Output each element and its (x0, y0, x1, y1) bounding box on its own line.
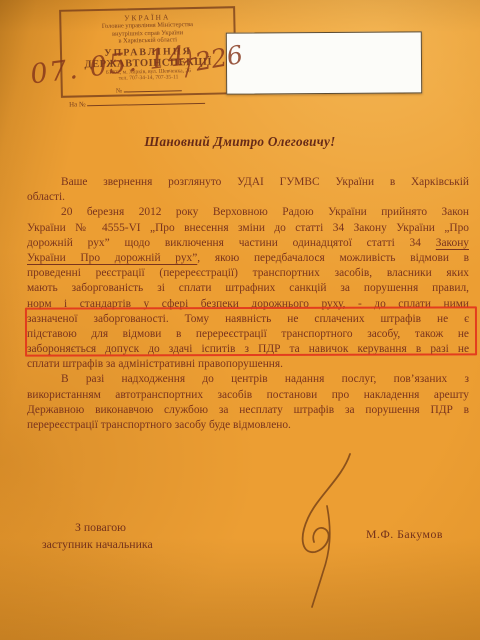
body-line: зазначеної заборгованості. Тому наявніст… (27, 312, 469, 327)
body-line: 20 березня 2012 року Верховною Радою Укр… (27, 205, 469, 220)
signature (292, 450, 362, 610)
body-line: підставою для відмови в перереєстрації т… (27, 327, 469, 342)
stamp-number-label: № (116, 87, 122, 94)
letter-photo: УКРАЇНА Головне управління Міністерства … (0, 0, 480, 640)
closing-regards: З повагою (42, 519, 153, 536)
stamp-reply-label: На № (69, 100, 86, 108)
body-line: Державною виконавчою службою за несплату… (27, 403, 469, 418)
body-line: Ваше звернення розглянуто УДАІ ГУМВС Укр… (27, 175, 469, 190)
signer-name: М.Ф. Бакумов (366, 527, 443, 542)
body-line: сплати штрафів за адміністративні правоп… (27, 357, 469, 372)
redaction-box (226, 31, 422, 94)
body-line: В разі надходження до центрів надання по… (27, 372, 469, 387)
stamp-reply-row: На № (63, 97, 235, 109)
stamp-number-blank-line (124, 85, 182, 92)
body-line: дорожній рух” щодо виключення частини од… (27, 236, 469, 251)
body-line: забороняється допуск до здачі іспитів з … (27, 342, 469, 357)
body-line: України № 4555-VI „Про внесення зміни до… (27, 221, 469, 236)
stamp-number-row: № (63, 84, 235, 96)
body-line: проведенні реєстрації (перереєстрації) т… (27, 266, 469, 281)
closing-position: заступник начальника (42, 536, 153, 553)
body-line: норм і стандартів у сфері безпеки дорожн… (27, 297, 469, 312)
salutation: Шановний Дмитро Олеговичу! (0, 134, 480, 150)
letter-body: Ваше звернення розглянуто УДАІ ГУМВС Укр… (27, 175, 469, 433)
stamp-reply-blank-line (87, 97, 205, 105)
closing-block: З повагою заступник начальника (42, 519, 153, 553)
body-line: мають заборгованість зі сплати штрафних … (27, 281, 469, 296)
body-line: України Про дорожній рух”, якою передбач… (27, 251, 469, 266)
body-line: області. (27, 190, 469, 205)
body-line: перереєстрації транспортного засобу буде… (27, 418, 469, 433)
body-line: використанням автотранспортних засобів п… (27, 388, 469, 403)
